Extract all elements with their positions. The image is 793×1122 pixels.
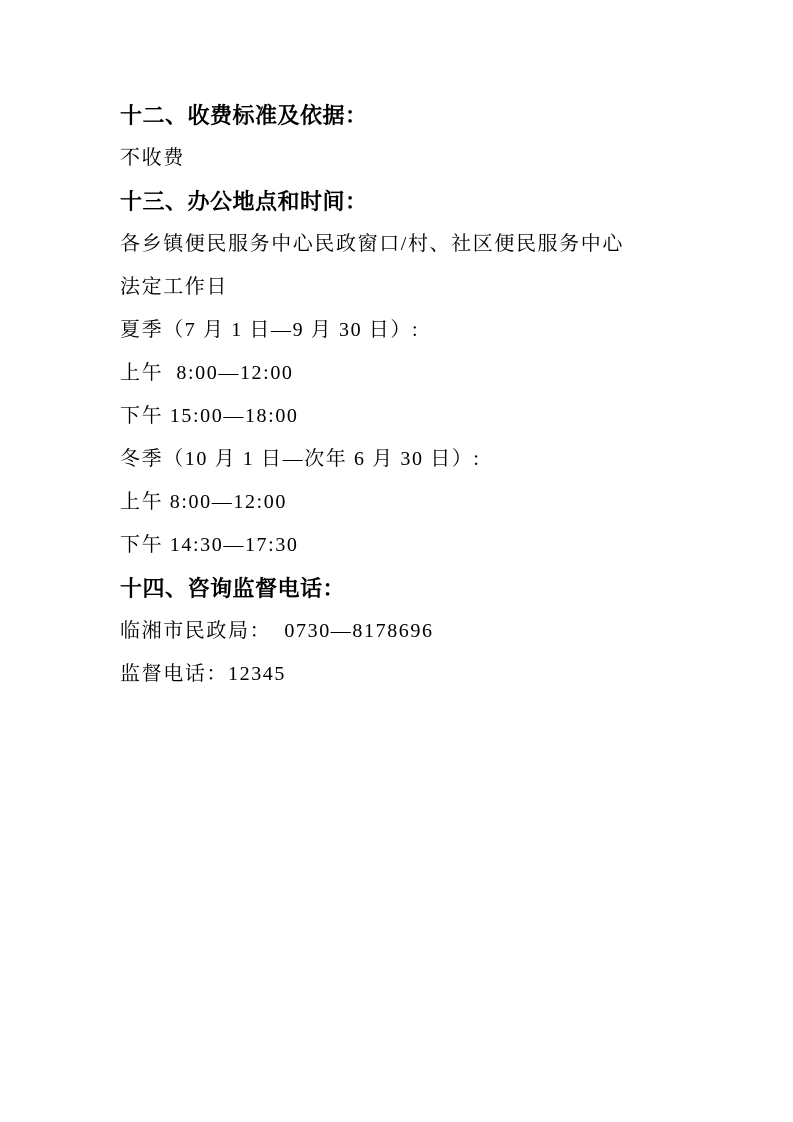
heading-supervision-phone: 十四、咨询监督电话：	[120, 567, 733, 610]
body-line-summer-season: 夏季（7 月 1 日—9 月 30 日）:	[120, 309, 733, 352]
body-line-civil-affairs-phone: 临湘市民政局： 0730—8178696	[120, 610, 733, 653]
heading-fees-standard: 十二、收费标准及依据：	[120, 94, 733, 137]
body-line-no-fee: 不收费	[120, 137, 733, 180]
body-line-summer-afternoon: 下午 15:00—18:00	[120, 395, 733, 438]
body-line-supervision-hotline: 监督电话：12345	[120, 653, 733, 696]
body-line-service-centers: 各乡镇便民服务中心民政窗口/村、社区便民服务中心	[120, 223, 733, 266]
document-page: 十二、收费标准及依据： 不收费 十三、办公地点和时间： 各乡镇便民服务中心民政窗…	[0, 0, 793, 1122]
body-line-workdays: 法定工作日	[120, 266, 733, 309]
body-line-winter-season: 冬季（10 月 1 日—次年 6 月 30 日）:	[120, 438, 733, 481]
body-line-winter-afternoon: 下午 14:30—17:30	[120, 524, 733, 567]
heading-office-location-time: 十三、办公地点和时间：	[120, 180, 733, 223]
body-line-summer-morning: 上午 8:00—12:00	[120, 352, 733, 395]
body-line-winter-morning: 上午 8:00—12:00	[120, 481, 733, 524]
